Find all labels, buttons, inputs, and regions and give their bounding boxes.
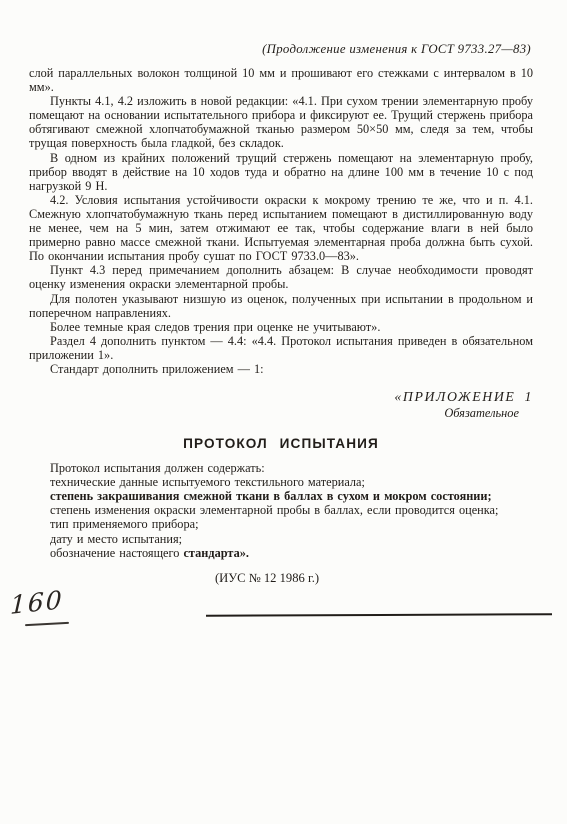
appendix-title: «ПРИЛОЖЕНИЕ 1	[29, 389, 533, 405]
section-title: ПРОТОКОЛ ИСПЫТАНИЯ	[29, 436, 533, 451]
handwritten-page-number: 160	[10, 585, 64, 620]
paragraph: Для полотен указывают низшую из оценок, …	[29, 292, 533, 320]
paragraph: слой параллельных волокон толщиной 10 мм…	[29, 66, 533, 94]
protocol-line: дату и место испытания;	[29, 532, 533, 546]
protocol-line: обозначение настоящего стандарта».	[29, 546, 533, 560]
text-block: (Продолжение изменения к ГОСТ 9733.27—83…	[29, 42, 533, 586]
paragraph: Более темные края следов трения при оцен…	[29, 320, 533, 334]
running-header: (Продолжение изменения к ГОСТ 9733.27—83…	[29, 42, 531, 57]
protocol-line-text: степень изменения окраски элементарной п…	[50, 503, 498, 517]
paragraph: Пункты 4.1, 4.2 изложить в новой редакци…	[29, 94, 533, 150]
protocol-section: Протокол испытания должен содержать: тех…	[29, 461, 533, 560]
body-section: слой параллельных волокон толщиной 10 мм…	[29, 66, 533, 376]
protocol-line: степень изменения окраски элементарной п…	[29, 503, 533, 517]
protocol-line-text: технические данные испытуемого текстильн…	[50, 475, 365, 489]
paragraph: Пункт 4.3 перед примечанием дополнить аб…	[29, 263, 533, 291]
protocol-line-text: обозначение настоящего	[50, 546, 183, 560]
protocol-line-text: дату и место испытания;	[50, 532, 182, 546]
paragraph: 4.2. Условия испытания устойчивости окра…	[29, 193, 533, 263]
appendix-subtitle: Обязательное	[29, 406, 519, 421]
issue-note: (ИУС № 12 1986 г.)	[15, 571, 519, 586]
paragraph: Стандарт дополнить приложением — 1:	[29, 362, 533, 376]
appendix-heading: «ПРИЛОЖЕНИЕ 1 Обязательное	[29, 389, 533, 421]
protocol-line-bold-text: стандарта».	[183, 546, 249, 560]
protocol-line: технические данные испытуемого текстильн…	[29, 475, 533, 489]
footer-rule	[206, 613, 552, 617]
protocol-line: тип применяемого прибора;	[29, 517, 533, 531]
paragraph: Раздел 4 дополнить пунктом — 4.4: «4.4. …	[29, 334, 533, 362]
protocol-line-text: тип применяемого прибора;	[50, 517, 198, 531]
protocol-line-text: Протокол испытания должен содержать:	[50, 461, 265, 475]
paragraph: В одном из крайних положений трущий стер…	[29, 151, 533, 193]
scanned-document-page: (Продолжение изменения к ГОСТ 9733.27—83…	[0, 0, 567, 824]
protocol-line: степень закрашивания смежной ткани в бал…	[29, 489, 533, 503]
page-number-underline	[25, 622, 69, 626]
protocol-line: Протокол испытания должен содержать:	[29, 461, 533, 475]
protocol-line-bold-text: степень закрашивания смежной ткани в бал…	[50, 489, 492, 503]
